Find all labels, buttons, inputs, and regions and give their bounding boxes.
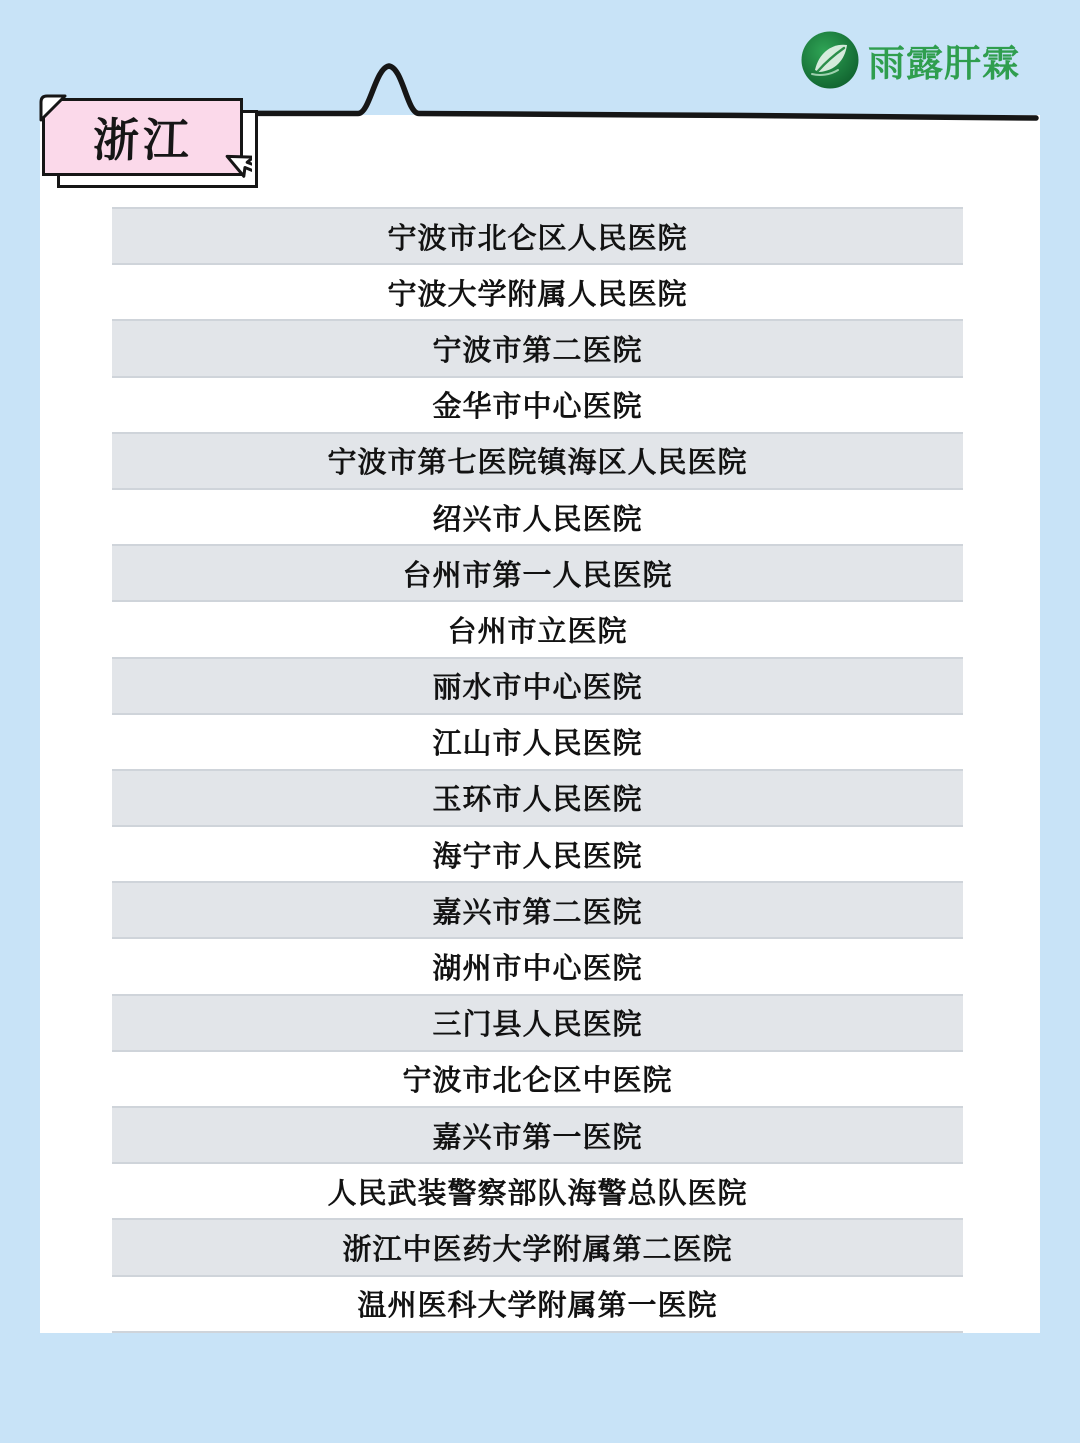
page: { "brand": { "logo_text": "雨露肝霖", "logo_… bbox=[0, 0, 1080, 1443]
table-row: 江山市人民医院 bbox=[112, 715, 963, 771]
brand-logo: 雨露肝霖 bbox=[800, 28, 1040, 92]
content-panel: 宁波市北仑区人民医院宁波大学附属人民医院宁波市第二医院金华市中心医院宁波市第七医… bbox=[40, 115, 1040, 1333]
table-row: 温州医科大学附属第一医院 bbox=[112, 1277, 963, 1333]
hospital-name: 宁波市北仑区中医院 bbox=[402, 1058, 672, 1099]
table-row: 金华市中心医院 bbox=[112, 378, 963, 434]
hospital-name: 三门县人民医院 bbox=[432, 1002, 642, 1043]
region-label[interactable]: 浙江 bbox=[42, 98, 302, 218]
table-row: 绍兴市人民医院 bbox=[112, 490, 963, 546]
folded-corner-icon bbox=[38, 94, 68, 124]
table-row: 海宁市人民医院 bbox=[112, 827, 963, 883]
leaf-badge-icon bbox=[800, 30, 860, 90]
hospital-name: 丽水市中心医院 bbox=[432, 665, 642, 706]
table-row: 嘉兴市第一医院 bbox=[112, 1108, 963, 1164]
hospital-name: 金华市中心医院 bbox=[432, 384, 642, 425]
table-row: 三门县人民医院 bbox=[112, 996, 963, 1052]
table-row: 宁波市北仑区中医院 bbox=[112, 1052, 963, 1108]
cursor-arrow-icon bbox=[192, 154, 252, 214]
table-row: 宁波市第二医院 bbox=[112, 321, 963, 377]
table-row: 玉环市人民医院 bbox=[112, 771, 963, 827]
brand-name: 雨露肝霖 bbox=[868, 33, 1020, 87]
table-row: 人民武装警察部队海警总队医院 bbox=[112, 1164, 963, 1220]
hospital-name: 台州市立医院 bbox=[447, 609, 627, 650]
hospital-name: 人民武装警察部队海警总队医院 bbox=[327, 1171, 747, 1212]
table-row: 浙江中医药大学附属第二医院 bbox=[112, 1220, 963, 1276]
hospital-name: 温州医科大学附属第一医院 bbox=[357, 1283, 717, 1324]
region-name: 浙江 bbox=[91, 104, 193, 170]
hospital-name: 嘉兴市第一医院 bbox=[432, 1115, 642, 1156]
hospital-name: 湖州市中心医院 bbox=[432, 946, 642, 987]
hospital-name: 玉环市人民医院 bbox=[432, 777, 642, 818]
table-row: 嘉兴市第二医院 bbox=[112, 883, 963, 939]
hospital-name: 宁波市北仑区人民医院 bbox=[387, 216, 687, 257]
hospital-name: 宁波市第二医院 bbox=[432, 328, 642, 369]
table-row: 湖州市中心医院 bbox=[112, 939, 963, 995]
table-row: 台州市立医院 bbox=[112, 602, 963, 658]
table-row: 台州市第一人民医院 bbox=[112, 546, 963, 602]
hospital-name: 宁波市第七医院镇海区人民医院 bbox=[327, 440, 747, 481]
hospital-name: 浙江中医药大学附属第二医院 bbox=[342, 1227, 732, 1268]
hospital-name: 海宁市人民医院 bbox=[432, 834, 642, 875]
hospital-name: 台州市第一人民医院 bbox=[402, 553, 672, 594]
table-row: 丽水市中心医院 bbox=[112, 659, 963, 715]
hospital-name: 绍兴市人民医院 bbox=[432, 497, 642, 538]
hospital-table: 宁波市北仑区人民医院宁波大学附属人民医院宁波市第二医院金华市中心医院宁波市第七医… bbox=[112, 207, 963, 1333]
hospital-name: 江山市人民医院 bbox=[432, 721, 642, 762]
table-row: 宁波市第七医院镇海区人民医院 bbox=[112, 434, 963, 490]
hospital-name: 宁波大学附属人民医院 bbox=[387, 272, 687, 313]
hospital-name: 嘉兴市第二医院 bbox=[432, 890, 642, 931]
table-row: 宁波大学附属人民医院 bbox=[112, 265, 963, 321]
